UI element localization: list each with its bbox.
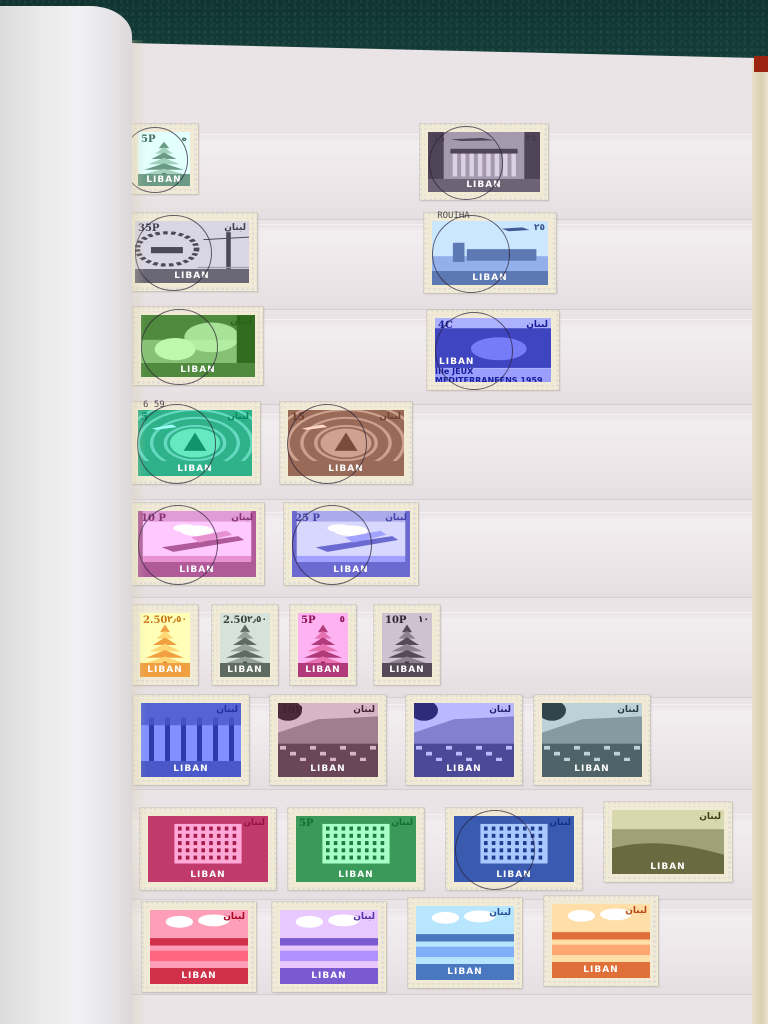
stamp-arabic-inscription: لبنان	[379, 412, 401, 422]
stamp-caption: IIIe JEUX MEDITERRANEENS 1959	[435, 369, 551, 382]
stamp-arabic-inscription: لبنان	[216, 705, 238, 715]
stamp-building[interactable]: LIBAN 5P لبنان	[288, 808, 424, 890]
stamp-inner: LIBAN 2.50 ٢٫٥٠	[217, 610, 273, 680]
stamp-denomination: 35	[431, 134, 445, 145]
stamp-arabic-inscription: لبنان	[231, 513, 253, 523]
stamp-country-label: LIBAN	[278, 761, 378, 777]
stamp-arabic-inscription: ٢٫٥٠	[247, 615, 267, 625]
stamp-country-label: LIBAN	[612, 860, 724, 874]
stamp-inner: LIBAN لبنان	[539, 700, 645, 780]
stamp-arabic-inscription: لبنان	[227, 412, 249, 422]
stamp-image: LIBAN 2.50 ٢٫٥٠	[220, 613, 270, 677]
stamp-image: LIBAN لبنان	[150, 910, 248, 984]
stamp-image: LIBAN 25 P لبنان	[292, 511, 410, 577]
stamp-inner: LIBAN 25 P لبنان	[289, 508, 413, 580]
stamp-inner: LIBAN لبنان	[147, 907, 251, 987]
stamp-country-label: LIBAN	[140, 663, 190, 677]
stamp-inner: LIBAN 5P ٥	[295, 610, 351, 680]
stamp-airliner[interactable]: LIBAN 25 P لبنان	[284, 503, 418, 585]
stamp-country-label: LIBAN	[280, 968, 378, 984]
stamp-arabic-inscription: لبنان	[549, 818, 571, 828]
stamp-inner: LIBAN 15 لبنان	[285, 407, 407, 479]
stamp-building[interactable]: LIBAN لبنان	[140, 808, 276, 890]
stamp-denomination: 25 P	[295, 513, 320, 524]
stamp-arabic-inscription: لبنان	[230, 317, 252, 327]
stamp-country-label: LIBAN	[220, 663, 270, 677]
stamp-image: LIBAN لبنان	[148, 816, 268, 882]
stamp-inner: LIBAN لبنان	[549, 901, 653, 981]
stamp-country-label: LIBAN	[298, 663, 348, 677]
stamp-image: LIBAN لبنان	[552, 904, 650, 978]
stamp-arabic-inscription: ٢٫٥٠	[167, 615, 187, 625]
stamp-image: LIBAN 5 لبنان	[138, 410, 252, 476]
stamp-image: LIBAN لبنان	[454, 816, 574, 882]
stamp-arabic-inscription: لبنان	[385, 513, 407, 523]
stamp-arabic-inscription: ٣٥	[526, 134, 537, 144]
stamp-denomination: 5P	[299, 818, 313, 829]
stamp-denomination: 10P	[385, 615, 406, 626]
stamp-country-label: LIBAN	[141, 363, 255, 377]
stamp-inner: LIBAN ٢٥	[429, 218, 551, 288]
stamp-arabic-inscription: ٢٥	[534, 223, 545, 233]
stamp-cedar-emblem-airplane[interactable]: LIBAN 15 لبنان	[280, 402, 412, 484]
stamp-arabic-inscription: لبنان	[489, 705, 511, 715]
stamp-cedar[interactable]: LIBAN 10P ١٠	[374, 605, 440, 685]
stamp-denomination: 15	[291, 412, 305, 423]
stamp-cedar-forest[interactable]: LIBAN لبنان	[133, 695, 249, 785]
stamp-country-label: LIBAN	[141, 761, 241, 777]
stamp-cedar[interactable]: LIBAN 2.50 ٢٫٥٠	[212, 605, 278, 685]
stamp-inner: LIBAN 10P لبنان	[275, 700, 381, 780]
stamp-denomination: 2.50	[143, 615, 167, 626]
stamp-image: LIBAN 35P لبنان	[135, 221, 249, 283]
stamp-inner: LIBAN 4C لبنان IIIe JEUX MEDITERRANEENS …	[432, 315, 554, 385]
stamp-country-label: LIBAN	[382, 663, 432, 677]
stamp-denomination: 4C	[438, 320, 453, 331]
stamp-country-label: LIBAN	[296, 867, 416, 882]
stamp-inner: LIBAN 5 لبنان	[135, 407, 255, 479]
stamp-mountain-village[interactable]: LIBAN لبنان	[406, 695, 522, 785]
stamp-arabic-inscription: لبنان	[224, 223, 246, 233]
stamp-inner: LIBAN 35 ٣٥	[425, 129, 543, 195]
stamp-arabic-inscription: لبنان	[353, 705, 375, 715]
stamp-inner: LIBAN لبنان	[145, 813, 271, 885]
stamp-baalbek-temple-airplane[interactable]: LIBAN 35 ٣٥	[420, 124, 548, 200]
stamp-country-label: LIBAN	[454, 867, 574, 882]
stamp-arabic-inscription: لبنان	[617, 705, 639, 715]
stamp-mountain-village[interactable]: LIBAN 10P لبنان	[270, 695, 386, 785]
stamp-country-label: LIBAN	[135, 269, 249, 283]
stamp-inner: LIBAN لبنان	[413, 903, 517, 983]
stamp-arabic-inscription: لبنان	[489, 908, 511, 918]
stamp-denomination: 2.50	[223, 615, 247, 626]
stamp-coastal-town[interactable]: LIBAN لبنان	[544, 896, 658, 986]
stamp-country-label: LIBAN	[416, 964, 514, 980]
stamp-inner: LIBAN لبنان	[609, 807, 727, 877]
stamp-ship-gear-pylon[interactable]: LIBAN 35P لبنان	[127, 213, 257, 291]
stamp-inner: LIBAN 35P لبنان	[132, 218, 252, 286]
stamp-country-label: LIBAN	[138, 562, 256, 577]
stamp-image: LIBAN 10 P لبنان	[138, 511, 256, 577]
stamp-arabic-inscription: لبنان	[625, 906, 647, 916]
stamp-country-label: LIBAN	[428, 179, 540, 192]
stamp-cedar-emblem-airplane[interactable]: LIBAN 5 لبنان 6 59	[130, 402, 260, 484]
stamp-coastal-town[interactable]: LIBAN لبنان	[272, 902, 386, 992]
stamp-airliner[interactable]: LIBAN 10 P لبنان	[130, 503, 264, 585]
stamp-coastal-town[interactable]: LIBAN لبنان	[142, 902, 256, 992]
stamp-cedar[interactable]: LIBAN 5P ٥	[290, 605, 356, 685]
stamp-arabic-inscription: لبنان	[699, 812, 721, 822]
stamp-country-label: LIBAN	[288, 461, 404, 476]
stamp-inner: LIBAN 10 P لبنان	[135, 508, 259, 580]
stamp-arabic-inscription: ١٠	[418, 615, 429, 625]
stamp-denomination: 5P	[301, 615, 315, 626]
stamp-image: LIBAN لبنان	[414, 703, 514, 777]
stamp-country-label: LIBAN	[148, 867, 268, 882]
stamp-country-label: LIBAN	[150, 968, 248, 984]
stamp-country-label: LIBAN	[542, 761, 642, 777]
stamp-image: LIBAN لبنان	[542, 703, 642, 777]
stamp-arabic-inscription: ٥	[340, 615, 346, 625]
stamp-image: LIBAN لبنان	[280, 910, 378, 984]
stamp-image: LIBAN 5P لبنان	[296, 816, 416, 882]
stamp-portrait[interactable]: LIBAN لبنان	[133, 307, 263, 385]
stamp-mountain-village[interactable]: LIBAN لبنان	[534, 695, 650, 785]
page-edge	[752, 60, 768, 1024]
stamp-country-label: LIBAN	[292, 562, 410, 577]
stamp-image: LIBAN 15 لبنان	[288, 410, 404, 476]
stamp-castle-harbour-airplane[interactable]: LIBAN ٢٥ ROUIHA	[424, 213, 556, 293]
stamp-arabic-inscription: لبنان	[526, 320, 548, 330]
stamp-image: LIBAN لبنان	[612, 810, 724, 874]
stamp-image: LIBAN لبنان	[141, 315, 255, 377]
stamp-coastal-town[interactable]: LIBAN لبنان	[408, 898, 522, 988]
stamp-country-label: LIBAN	[552, 962, 650, 978]
stamp-inner: LIBAN لبنان	[411, 700, 517, 780]
stamp-inner: LIBAN لبنان	[277, 907, 381, 987]
page-edge-marker	[754, 56, 768, 72]
stamp-inner: LIBAN 5P لبنان	[293, 813, 419, 885]
stamp-image: LIBAN 2.50 ٢٫٥٠	[140, 613, 190, 677]
stamp-country-label: LIBAN	[432, 271, 548, 285]
stamp-denomination: 10P	[281, 705, 302, 716]
stamp-country-label: LIBAN	[138, 461, 252, 476]
stamp-image: LIBAN 5P ٥	[298, 613, 348, 677]
stamp-games-emblem[interactable]: LIBAN 4C لبنان IIIe JEUX MEDITERRANEENS …	[427, 310, 559, 390]
stamp-image: LIBAN لبنان	[141, 703, 241, 777]
stamp-inner: LIBAN لبنان	[451, 813, 577, 885]
stamp-image: LIBAN 10P ١٠	[382, 613, 432, 677]
stamp-building[interactable]: LIBAN لبنان	[446, 808, 582, 890]
glassine-interleaf[interactable]	[0, 6, 132, 1024]
stamp-image: LIBAN 4C لبنان IIIe JEUX MEDITERRANEENS …	[435, 318, 551, 382]
stamp-arabic-inscription: لبنان	[391, 818, 413, 828]
stamp-arabic-inscription: لبنان	[243, 818, 265, 828]
stamp-arabic-inscription: لبنان	[223, 912, 245, 922]
stamp-inner: LIBAN لبنان	[138, 700, 244, 780]
stamp-inner: LIBAN 10P ١٠	[379, 610, 435, 680]
stamp-country-label: LIBAN	[414, 761, 514, 777]
stamp-inner: LIBAN لبنان	[138, 312, 258, 380]
stamp-image: LIBAN ٢٥	[432, 221, 548, 285]
stamp-image: LIBAN لبنان	[416, 906, 514, 980]
stamp-arabic-inscription: لبنان	[353, 912, 375, 922]
stamp-arabic-inscription: ه	[182, 134, 187, 144]
stamp-image: LIBAN 35 ٣٥	[428, 132, 540, 192]
stamp-image: LIBAN 10P لبنان	[278, 703, 378, 777]
stamp-coastal-landscape[interactable]: LIBAN لبنان	[604, 802, 732, 882]
